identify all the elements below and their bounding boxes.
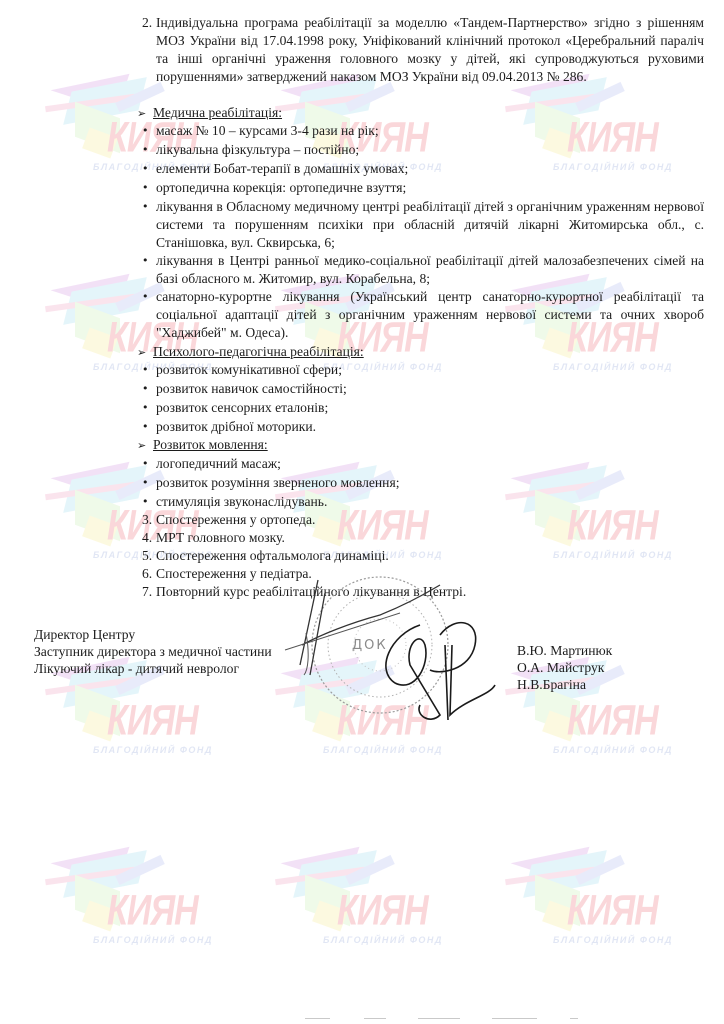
signatory-names: В.Ю. Мартинюк О.А. Майструк Н.В.Брагіна xyxy=(517,642,612,693)
heading-label: Медична реабілітація: xyxy=(153,105,282,120)
bullet-icon: • xyxy=(142,141,149,159)
bullet-icon: • xyxy=(142,474,149,492)
numbered-item-2: 2. Індивідуальна програма реабілітації з… xyxy=(142,14,704,86)
list-item: •ортопедична корекція: ортопедичне взутт… xyxy=(142,179,704,197)
list-item: •лікування в Обласному медичному центрі … xyxy=(142,198,704,252)
bullet-icon: • xyxy=(142,493,149,511)
heading-label: Психолого-педагогічна реабілітація: xyxy=(153,344,364,359)
section-heading-speech: ➢Розвиток мовлення: xyxy=(137,436,268,455)
list-item: •лікувальна фізкультура – постійно; xyxy=(142,141,704,159)
list-item: •розвиток навичок самостійності; xyxy=(142,380,704,398)
bullet-icon: • xyxy=(142,160,149,178)
bullet-icon: • xyxy=(142,418,149,436)
section-heading-medical: ➢Медична реабілітація: xyxy=(137,104,282,123)
watermark-logo: КИЯНБЛАГОДІЙНИЙ ФОНД xyxy=(275,835,425,955)
numbered-item-5: 5.Спостереження офтальмолога динаміці. xyxy=(142,547,704,565)
svg-text:ДОК: ДОК xyxy=(352,638,388,653)
list-item: •розвиток дрібної моторики. xyxy=(142,418,704,436)
list-item: •лікування в Центрі ранньої медико-соціа… xyxy=(142,252,704,288)
signatory-titles: Директор Центру Заступник директора з ме… xyxy=(34,626,272,677)
list-item: •розвиток сенсорних еталонів; xyxy=(142,399,704,417)
heading-label: Розвиток мовлення: xyxy=(153,437,268,452)
list-item: •розвиток комунікативної сфери; xyxy=(142,361,704,379)
list-item: •стимуляція звуконаслідувань. xyxy=(142,493,704,511)
item-text: Індивідуальна програма реабілітації за м… xyxy=(156,14,704,86)
stamp-and-signatures: ДОК xyxy=(280,575,520,735)
list-item: •логопедичний масаж; xyxy=(142,455,704,473)
numbered-item-4: 4.МРТ головного мозку. xyxy=(142,529,704,547)
title-deputy-director: Заступник директора з медичної частини xyxy=(34,643,272,660)
name-deputy-director: О.А. Майструк xyxy=(517,659,612,676)
watermark-logo: КИЯНБЛАГОДІЙНИЙ ФОНД xyxy=(505,835,655,955)
official-stamp-icon: ДОК xyxy=(280,575,520,735)
scan-artifact-lines xyxy=(280,1018,720,1021)
list-item: •санаторно-курортне лікування (Українськ… xyxy=(142,288,704,342)
arrow-bullet-icon: ➢ xyxy=(137,437,153,455)
title-director: Директор Центру xyxy=(34,626,272,643)
bullet-icon: • xyxy=(142,122,149,140)
list-item: •масаж № 10 – курсами 3-4 рази на рік; xyxy=(142,122,704,140)
bullet-icon: • xyxy=(142,198,149,216)
bullet-icon: • xyxy=(142,361,149,379)
item-number: 2. xyxy=(142,14,152,32)
title-attending-doctor: Лікуючий лікар - дитячий невролог xyxy=(34,660,272,677)
arrow-bullet-icon: ➢ xyxy=(137,105,153,123)
watermark-logo: КИЯНБЛАГОДІЙНИЙ ФОНД xyxy=(45,835,195,955)
name-attending-doctor: Н.В.Брагіна xyxy=(517,676,612,693)
bullet-icon: • xyxy=(142,455,149,473)
section-heading-psycho-pedagogical: ➢Психолого-педагогічна реабілітація: xyxy=(137,343,364,362)
bullet-icon: • xyxy=(142,399,149,417)
bullet-icon: • xyxy=(142,380,149,398)
list-item: •елементи Бобат-терапії в домашніх умова… xyxy=(142,160,704,178)
numbered-item-3: 3.Спостереження у ортопеда. xyxy=(142,511,704,529)
arrow-bullet-icon: ➢ xyxy=(137,344,153,362)
bullet-icon: • xyxy=(142,252,149,270)
name-director: В.Ю. Мартинюк xyxy=(517,642,612,659)
list-item: •розвиток розуміння зверненого мовлення; xyxy=(142,474,704,492)
bullet-icon: • xyxy=(142,179,149,197)
bullet-icon: • xyxy=(142,288,149,306)
